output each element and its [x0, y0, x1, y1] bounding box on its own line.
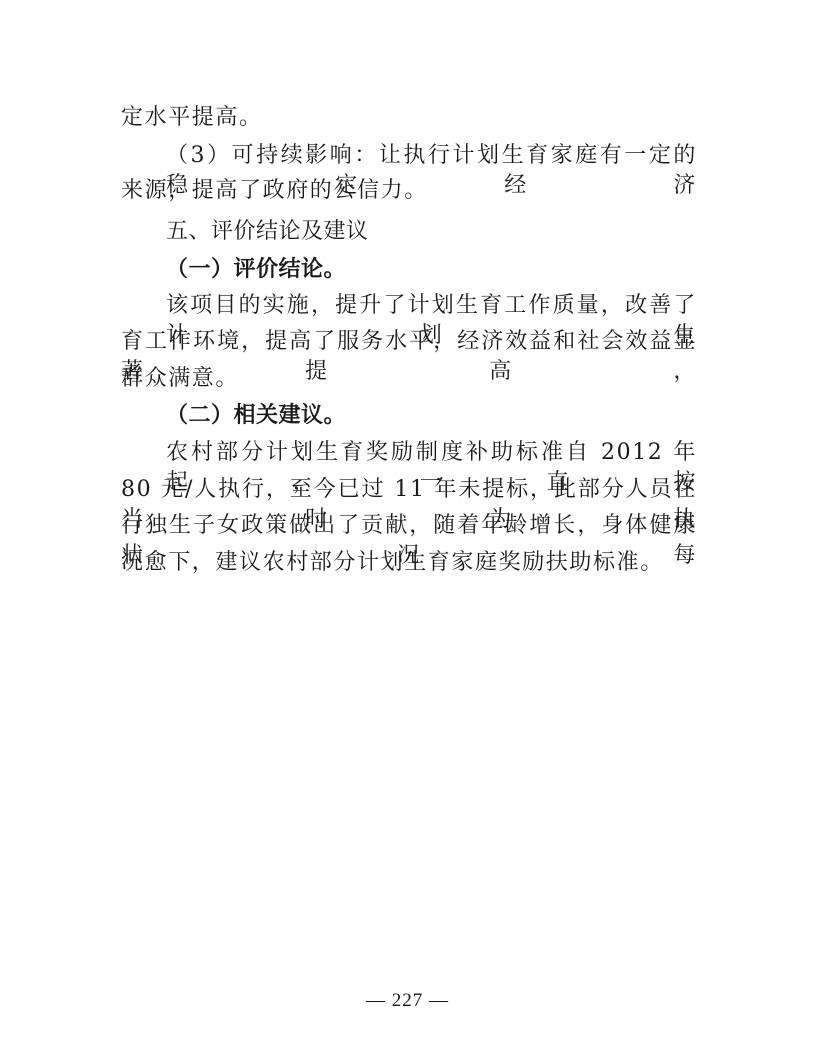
page-number: — 227 —: [0, 990, 815, 1012]
paragraph-line: 况愈下，建议农村部分计划生育家庭奖励扶助标准。: [121, 548, 697, 578]
section-heading: 五、评价结论及建议: [166, 217, 697, 247]
paragraph-line: 群众满意。: [121, 364, 697, 394]
subsection-heading-conclusion: （一）评价结论。: [166, 255, 697, 285]
paragraph-line: 定水平提高。: [121, 103, 697, 133]
subsection-heading-suggestions: （二）相关建议。: [166, 401, 697, 431]
paragraph-line: 来源，提高了政府的公信力。: [121, 176, 697, 206]
document-page: 定水平提高。 （3）可持续影响：让执行计划生育家庭有一定的稳定经济 来源，提高了…: [0, 0, 815, 1055]
